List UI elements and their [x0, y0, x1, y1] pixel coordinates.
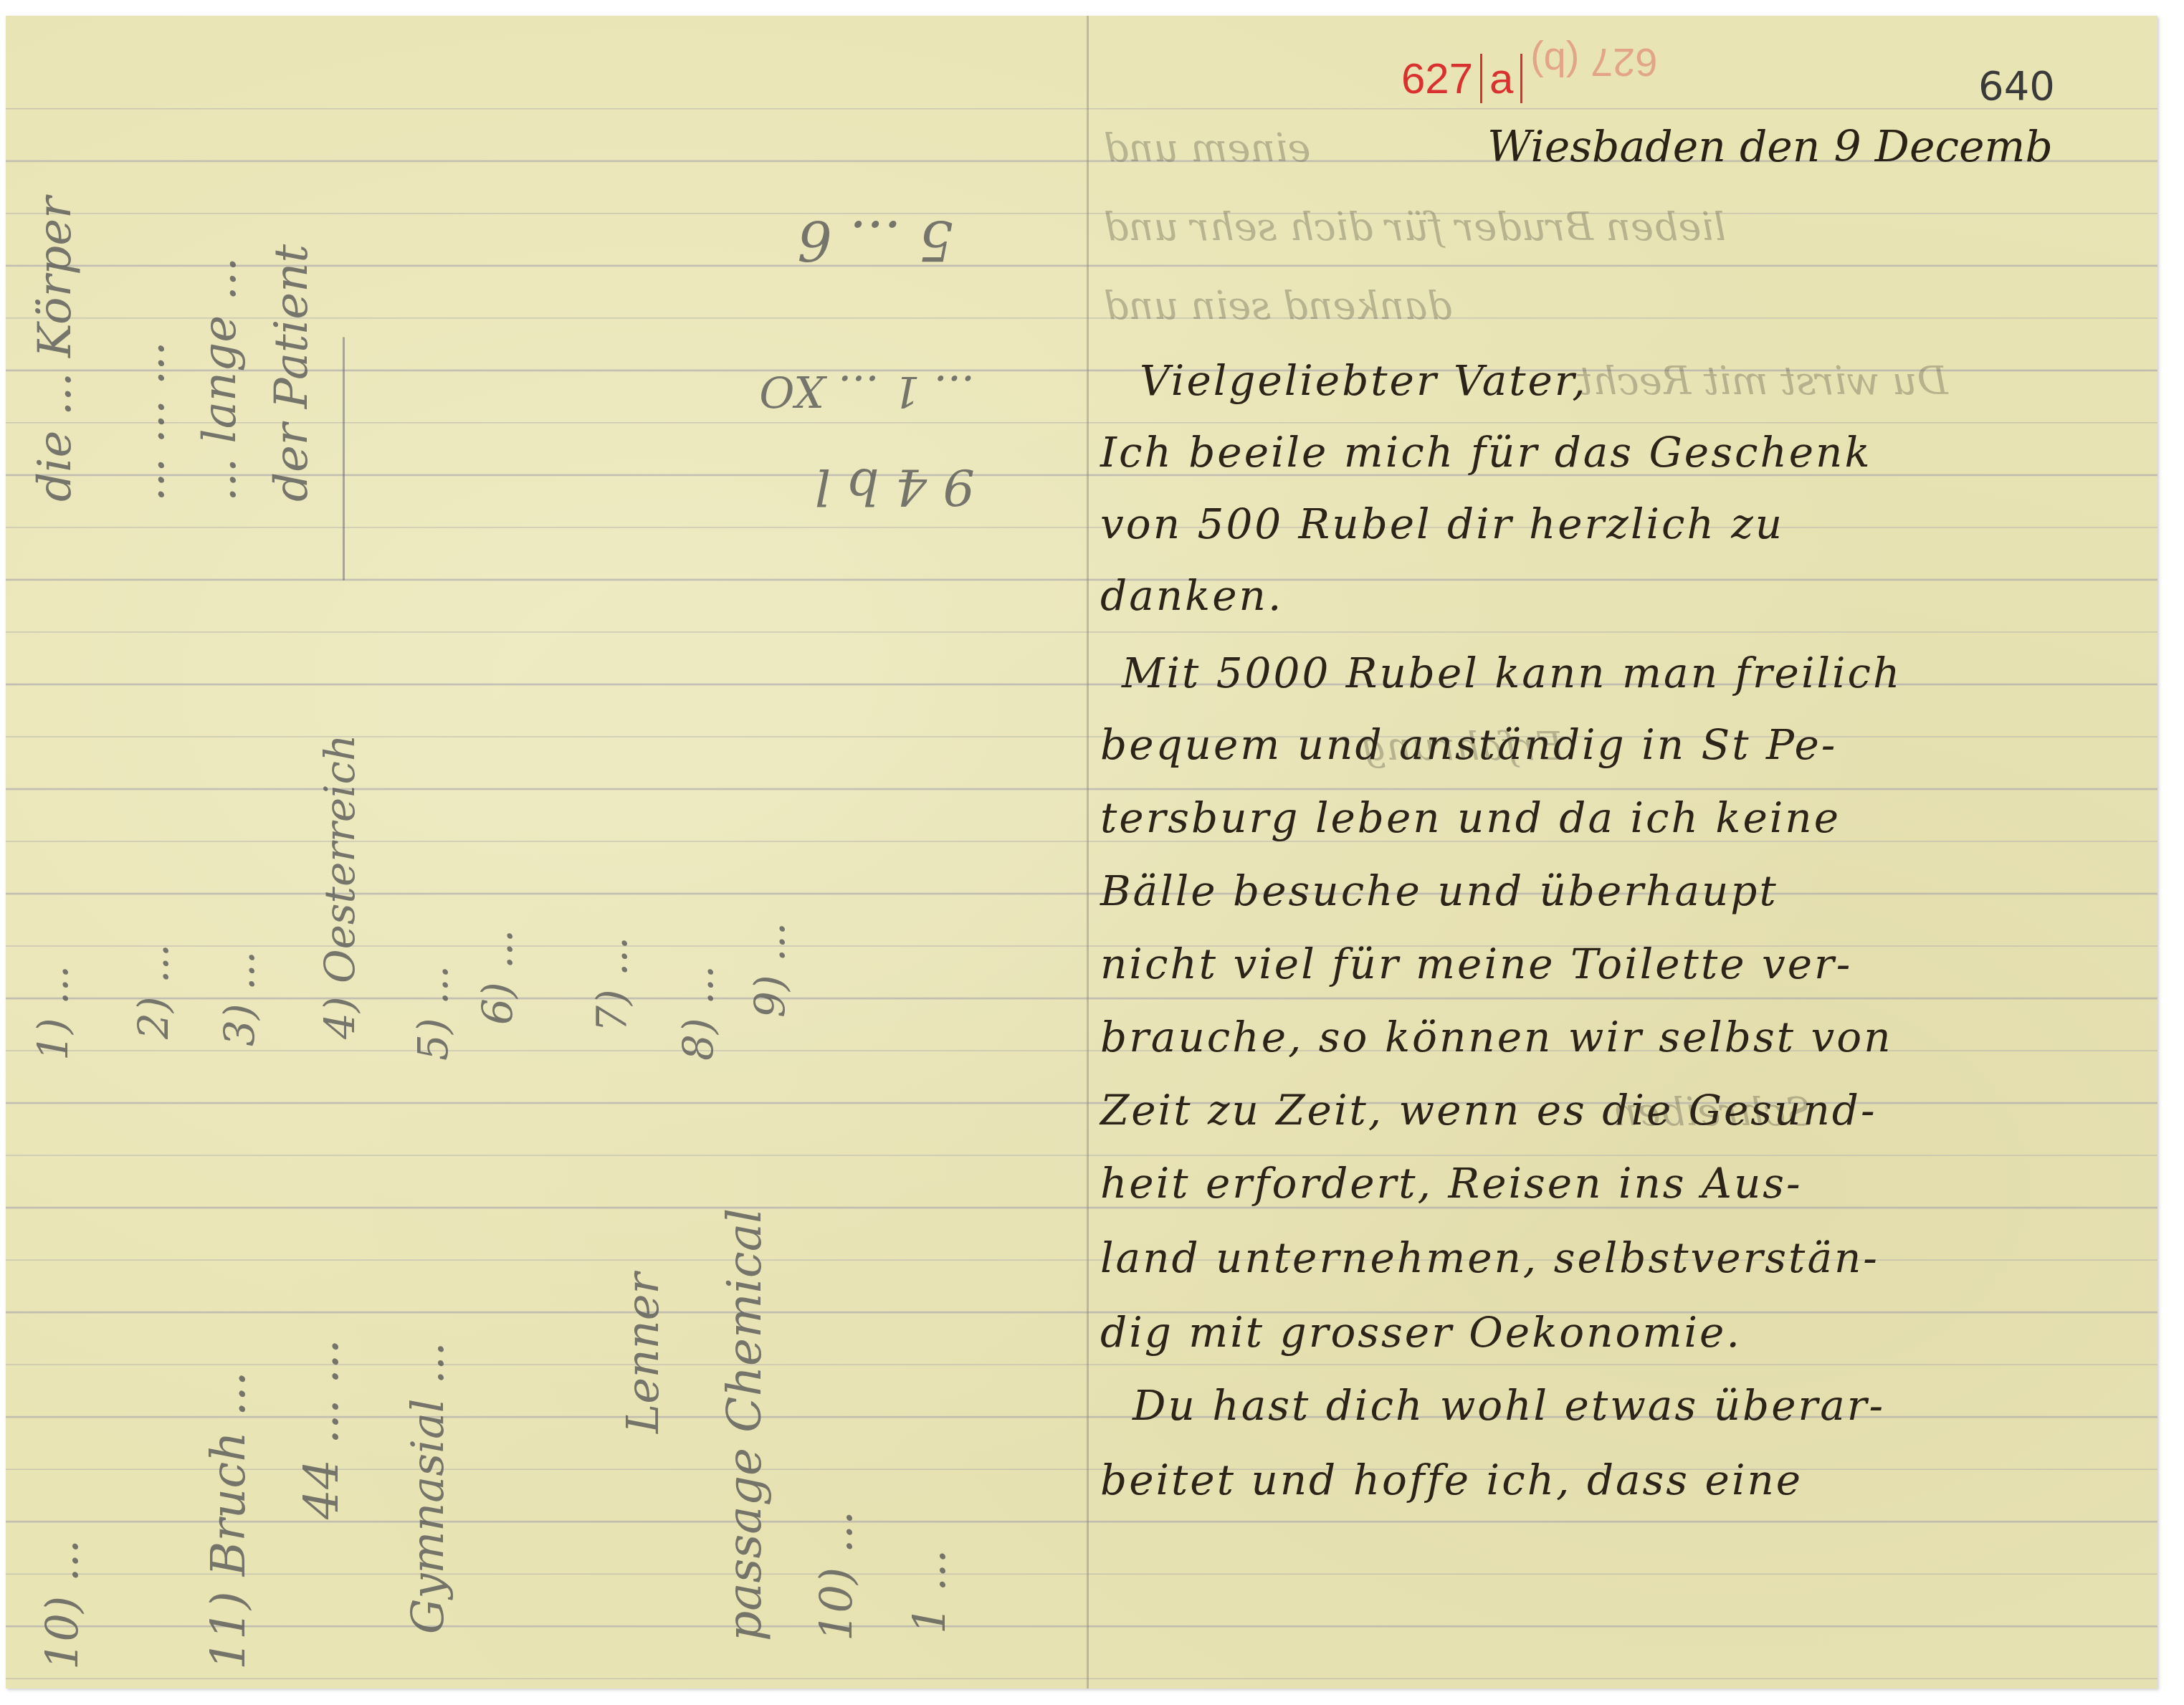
pencil-list-item: 6) ... — [473, 930, 522, 1025]
letter-line: Zeit zu Zeit, wenn es die Gesund- — [1100, 1089, 1877, 1131]
letter-line: brauche, so können wir selbst von — [1100, 1016, 1893, 1058]
letter-line: bequem und anständig in St Pe- — [1100, 724, 1837, 765]
pencil-note: ... ... ... — [122, 341, 175, 502]
bleed-through-line: lieben Bruder für dich sehr und — [1104, 204, 1726, 249]
pencil-list-item: 1) ... — [29, 965, 77, 1061]
archive-ref-number: 627 — [1401, 54, 1473, 102]
letter-line: Mit 5000 Rubel kann man freilich — [1122, 652, 1902, 694]
pencil-list-item: 11) Bruch ... — [201, 1371, 256, 1670]
pencil-list-item: passage Chemical — [717, 1208, 772, 1641]
pencil-list-item: 10) ... — [36, 1539, 88, 1670]
pencil-list-item: 1 ... — [903, 1549, 955, 1634]
pencil-list-item: 4) Oesterreich — [315, 735, 364, 1039]
pencil-list-item: Lenner — [616, 1273, 669, 1433]
pencil-list-item: 44 ... ... — [294, 1339, 349, 1519]
letter-line: Bälle besuche und überhaupt — [1100, 870, 1778, 912]
pencil-note: ... lange ... — [194, 257, 247, 502]
pencil-list-item: 10) ... — [810, 1511, 862, 1641]
letter-line: tersburg leben und da ich keine — [1100, 797, 1841, 839]
pencil-note: ... 1 ... XO — [759, 366, 975, 416]
letter-line: danken. — [1100, 575, 1283, 616]
pencil-list-item: 9) ... — [745, 922, 794, 1018]
pencil-list-item: 3) ... — [215, 951, 264, 1046]
bleed-through-line: Du wirst mit Recht — [1577, 358, 1948, 403]
salutation: Vielgeliebter Vater, — [1140, 360, 1588, 401]
page-number: 640 — [1978, 63, 2055, 110]
pencil-note: die ... Körper — [29, 196, 82, 502]
pencil-list-item: 2) ... — [129, 944, 178, 1039]
pencil-note: 5 ... 6 — [798, 209, 954, 272]
letter-line: Du hast dich wohl etwas überar- — [1132, 1385, 1885, 1426]
pencil-list-item: 7) ... — [588, 937, 636, 1032]
pencil-list-item: 5) ... — [409, 965, 457, 1061]
pencil-note: 9 4 b l — [815, 457, 975, 516]
bleed-through-line: dankend sein und — [1104, 283, 1452, 328]
letter-line: land unternehmen, selbstverstän- — [1100, 1237, 1879, 1279]
archive-ref-bleed: 627 (b) — [1530, 39, 1657, 86]
pencil-note: der Patient — [265, 244, 318, 502]
page-fold-line — [1087, 16, 1089, 1689]
pencil-list-item: 8) ... — [674, 965, 723, 1061]
letter-line: nicht viel für meine Toilette ver- — [1100, 943, 1852, 985]
dateline: Wiesbaden den 9 Decemb — [1487, 122, 2053, 172]
pencil-margin-stroke — [343, 337, 345, 581]
letter-line: Ich beeile mich für das Geschenk — [1100, 431, 1872, 473]
letter-line: dig mit grosser Oekonomie. — [1100, 1312, 1742, 1353]
letter-line: heit erfordert, Reisen ins Aus- — [1100, 1162, 1803, 1204]
letter-line: beitet und hoffe ich, dass eine — [1100, 1459, 1803, 1501]
pencil-list-item: Gymnasial ... — [401, 1342, 454, 1634]
archive-reference: 627a — [1401, 54, 1522, 103]
archive-ref-suffix: a — [1480, 54, 1522, 103]
letter-line: von 500 Rubel dir herzlich zu — [1100, 503, 1784, 545]
bleed-through-line: einem und — [1104, 125, 1310, 171]
